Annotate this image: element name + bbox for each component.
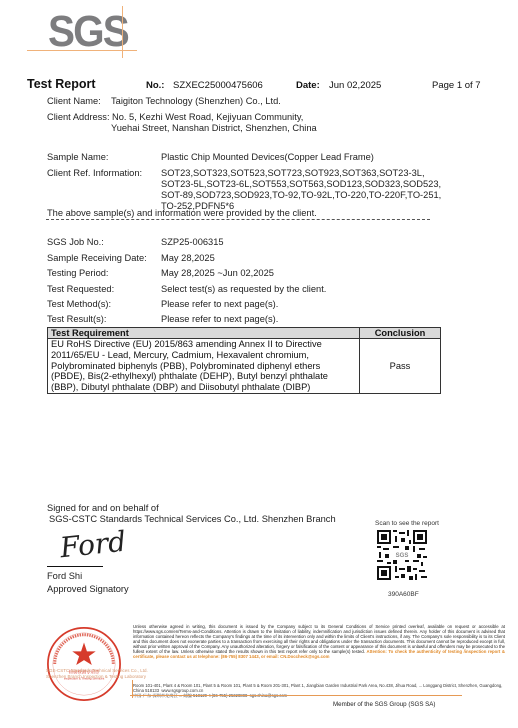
test-results: Please refer to next page(s). — [161, 314, 278, 325]
client-address-line1: No. 5, Kezhi West Road, Kejiyuan Communi… — [112, 112, 303, 123]
testing-period: May 28,2025 ~Jun 02,2025 — [161, 268, 274, 279]
client-ref-line: SOT23,SOT323,SOT523,SOT723,SOT923,SOT363… — [161, 168, 441, 179]
sample-name-label: Sample Name: — [47, 152, 109, 162]
qr-verification-code: 390A60BF — [388, 591, 419, 598]
receiving-date: May 28,2025 — [161, 253, 215, 264]
test-methods: Please refer to next page(s). — [161, 299, 278, 310]
report-number-label: No.: — [146, 80, 164, 91]
requirement-cell: EU RoHS Directive (EU) 2015/863 amending… — [48, 339, 360, 394]
table-row: EU RoHS Directive (EU) 2015/863 amending… — [48, 339, 441, 394]
logo-rule-vertical — [122, 6, 123, 58]
date-label: Date: — [296, 80, 320, 91]
page-indicator: Page 1 of 7 — [432, 80, 481, 91]
provided-note: The above sample(s) and information were… — [47, 208, 317, 219]
client-ref-line: SOT-89,SOD723,SOD923,TO-92,TO-92L,TO-220… — [161, 190, 441, 201]
receiving-date-label: Sample Receiving Date: — [47, 253, 147, 263]
column-header-requirement: Test Requirement — [48, 328, 360, 339]
signature-line — [47, 566, 103, 567]
column-header-conclusion: Conclusion — [360, 328, 441, 339]
client-address-line2: Yuehai Street, Nanshan District, Shenzhe… — [111, 123, 317, 134]
signatory-role: Approved Signatory — [47, 584, 129, 594]
client-name: Taigiton Technology (Shenzhen) Co., Ltd. — [111, 96, 281, 107]
legal-disclaimer: Unless otherwise agreed in writing, this… — [133, 624, 505, 659]
stamp-side-line1: SGS-CSTC Standards Technical Services Co… — [46, 668, 148, 673]
report-date: Jun 02,2025 — [329, 80, 381, 91]
signatory-name: Ford Shi — [47, 571, 82, 581]
svg-text:SGS: SGS — [396, 553, 409, 559]
test-requested: Select test(s) as requested by the clien… — [161, 284, 326, 295]
testing-period-label: Testing Period: — [47, 268, 109, 278]
sgs-logo: SGS — [48, 10, 128, 54]
footer-rule — [130, 695, 462, 696]
conclusion-table: Test Requirement Conclusion EU RoHS Dire… — [47, 327, 441, 394]
client-ref-line: SOT23-5L,SOT23-6L,SOT553,SOT563,SOD123,S… — [161, 179, 441, 190]
qr-caption: Scan to see the report — [375, 520, 439, 527]
client-ref-info: SOT23,SOT323,SOT523,SOT723,SOT923,SOT363… — [161, 168, 441, 212]
official-seal-icon: 检验检测专用章 Inspection & Testing Services — [45, 625, 123, 703]
test-results-label: Test Result(s): — [47, 314, 106, 324]
qr-code-icon[interactable]: SGS — [377, 530, 427, 580]
company-address-block: Room 101-401, Plant 4 & Room 101, Plant … — [133, 683, 505, 699]
report-number: SZXEC25000475606 — [173, 80, 263, 91]
conclusion-cell: Pass — [360, 339, 441, 394]
signed-behalf-company: SGS-CSTC Standards Technical Services Co… — [49, 514, 336, 524]
sgs-member-note: Member of the SGS Group (SGS SA) — [333, 701, 435, 708]
logo-rule-horizontal — [27, 50, 137, 51]
test-methods-label: Test Method(s): — [47, 299, 111, 309]
handwritten-signature: Ford — [58, 525, 127, 565]
report-title: Test Report — [27, 77, 96, 91]
job-number-label: SGS Job No.: — [47, 237, 104, 247]
test-requested-label: Test Requested: — [47, 284, 114, 294]
client-ref-label: Client Ref. Information: — [47, 168, 142, 178]
client-name-label: Client Name: — [47, 96, 101, 106]
job-number: SZP25-006315 — [161, 237, 224, 248]
stamp-side-line2: Shenzhen Branch Inspection & Testing Lab… — [46, 674, 146, 679]
signed-behalf-line1: Signed for and on behalf of — [47, 503, 159, 513]
section-divider — [46, 219, 430, 220]
client-address-label: Client Address: — [47, 112, 110, 122]
table-header-row: Test Requirement Conclusion — [48, 328, 441, 339]
sample-name: Plastic Chip Mounted Devices(Copper Lead… — [161, 152, 374, 163]
